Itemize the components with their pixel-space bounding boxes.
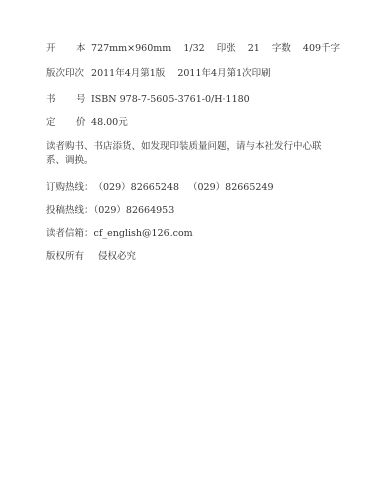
sheets-value: 21 (248, 43, 260, 55)
sheets-label: 印张 (217, 43, 236, 55)
format-line: 开本 727mm×960mm 1/32 印张 21 字数 409千字 (46, 43, 349, 55)
isbn-label-b: 号 (76, 94, 86, 105)
quality-notice: 读者购书、书店添货、如发现印装质量问题，请与本社发行中心联系、调换。 (46, 140, 331, 168)
price-label-a: 定 (46, 117, 76, 129)
isbn-line: 书号 ISBN 978-7-5605-3761-0/H·1180 (46, 94, 250, 106)
order-phone-2: （029）82665249 (188, 182, 274, 193)
price-label: 定价 (46, 117, 88, 129)
copyright-infringement: 侵权必究 (98, 251, 136, 262)
format-fold: 1/32 (183, 43, 204, 55)
format-size: 727mm×960mm (91, 43, 171, 55)
price-value: 48.00元 (91, 117, 128, 128)
order-hotline-line: 订购热线：（029）82665248（029）82665249 (46, 182, 274, 194)
isbn-label: 书号 (46, 94, 88, 106)
edition-label: 版次印次 (46, 68, 84, 80)
edition-value: 2011年4月第1版 (91, 68, 165, 80)
submission-phone: （029）82664953 (94, 205, 175, 216)
price-line: 定价 48.00元 (46, 117, 128, 129)
reader-email-label: 读者信箱： (46, 228, 94, 239)
format-label: 开本 (46, 43, 88, 55)
isbn-label-a: 书 (46, 94, 76, 106)
copyright-reserved: 版权所有 (46, 251, 84, 263)
isbn-value: ISBN 978-7-5605-3761-0/H·1180 (91, 94, 250, 105)
submission-hotline-label: 投稿热线： (46, 205, 94, 216)
words-label: 字数 (272, 43, 291, 55)
format-label-a: 开 (46, 43, 76, 55)
reader-email: cf_english@126.com (94, 228, 193, 239)
printing-value: 2011年4月第1次印刷 (177, 68, 270, 80)
order-hotline-label: 订购热线： (46, 182, 94, 193)
price-label-b: 价 (76, 117, 86, 128)
reader-email-line: 读者信箱：cf_english@126.com (46, 228, 193, 240)
order-phone-1: （029）82665248 (94, 182, 180, 194)
edition-line: 版次印次 2011年4月第1版 2011年4月第1次印刷 (46, 68, 280, 80)
copyright-line: 版权所有 侵权必究 (46, 251, 136, 263)
format-label-b: 本 (76, 43, 86, 54)
words-value: 409千字 (303, 43, 340, 55)
submission-hotline-line: 投稿热线：（029）82664953 (46, 205, 174, 217)
